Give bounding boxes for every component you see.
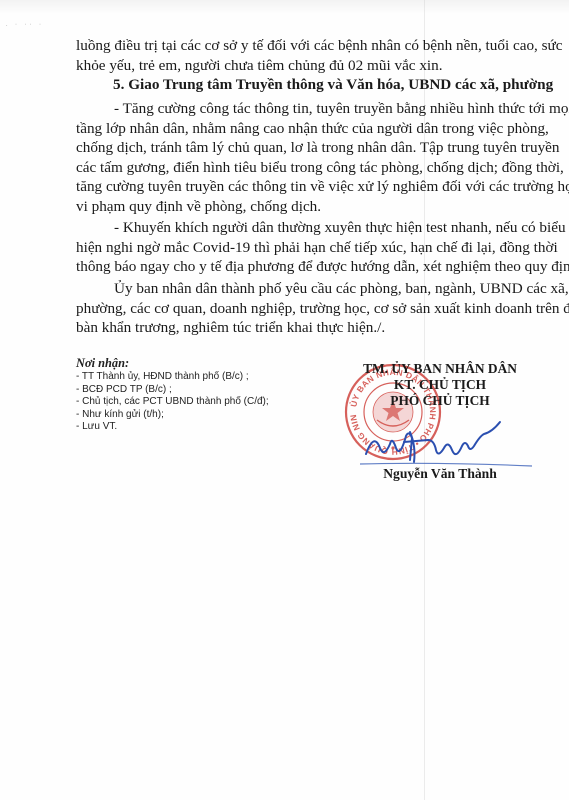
text-line: luồng điều trị tại các cơ sở y tế đối vớ… — [76, 36, 529, 56]
text-line: - Khuyến khích người dân thường xuyên th… — [76, 218, 529, 238]
document-page: . · ·· · luồng điều trị tại các cơ sở y … — [0, 0, 569, 800]
text-line: chống dịch, tránh tâm lý chủ quan, lơ là… — [76, 138, 529, 158]
scan-specks: . · ·· · — [6, 22, 44, 28]
recipient-item: - Chủ tịch, các PCT UBND thành phố (C/đ)… — [76, 396, 269, 409]
recipients-title: Nơi nhận: — [76, 356, 269, 371]
signature-title: KT. CHỦ TỊCH — [330, 377, 550, 393]
paragraph-communication: - Tăng cường công tác thông tin, tuyên t… — [76, 99, 529, 217]
signature-title: TM. ỦY BAN NHÂN DÂN — [330, 361, 550, 377]
section-heading: 5. Giao Trung tâm Truyền thông và Văn hó… — [113, 76, 553, 94]
recipient-item: - BCĐ PCD TP (B/c) ; — [76, 384, 269, 397]
text-line: phường, các cơ quan, doanh nghiệp, trườn… — [76, 299, 529, 319]
text-line: các tấm gương, điển hình tiêu biểu trong… — [76, 158, 529, 178]
text-line: tầng lớp nhân dân, nhằm nâng cao nhận th… — [76, 119, 529, 139]
handwritten-signature-icon — [360, 420, 535, 472]
recipient-item: - Như kính gửi (t/h); — [76, 409, 269, 422]
recipient-item: - Lưu VT. — [76, 421, 269, 434]
recipient-item: - TT Thành ủy, HĐND thành phố (B/c) ; — [76, 371, 269, 384]
text-line: vi phạm quy định về phòng, chống dịch. — [76, 197, 529, 217]
text-line: tăng cường tuyên truyền các thông tin về… — [76, 177, 529, 197]
intro-paragraph: luồng điều trị tại các cơ sở y tế đối vớ… — [76, 36, 529, 75]
text-line: Ủy ban nhân dân thành phố yêu cầu các ph… — [76, 279, 529, 299]
signature-title: PHÓ CHỦ TỊCH — [330, 393, 550, 409]
text-line: - Tăng cường công tác thông tin, tuyên t… — [76, 99, 529, 119]
paragraph-rapid-test: - Khuyến khích người dân thường xuyên th… — [76, 218, 529, 277]
recipients-block: Nơi nhận: - TT Thành ủy, HĐND thành phố … — [76, 356, 269, 434]
signature-block: TM. ỦY BAN NHÂN DÂN KT. CHỦ TỊCH PHÓ CHỦ… — [330, 361, 550, 409]
text-line: bàn khẩn trương, nghiêm túc triển khai t… — [76, 318, 529, 338]
text-line: hiện nghi ngờ mắc Covid-19 thì phải hạn … — [76, 238, 529, 258]
text-line: khỏe yếu, trẻ em, người chưa tiêm chủng … — [76, 56, 529, 76]
paragraph-request: Ủy ban nhân dân thành phố yêu cầu các ph… — [76, 279, 529, 338]
text-line: thông báo ngay cho y tế địa phương để đư… — [76, 257, 529, 277]
scan-shadow — [0, 0, 569, 14]
